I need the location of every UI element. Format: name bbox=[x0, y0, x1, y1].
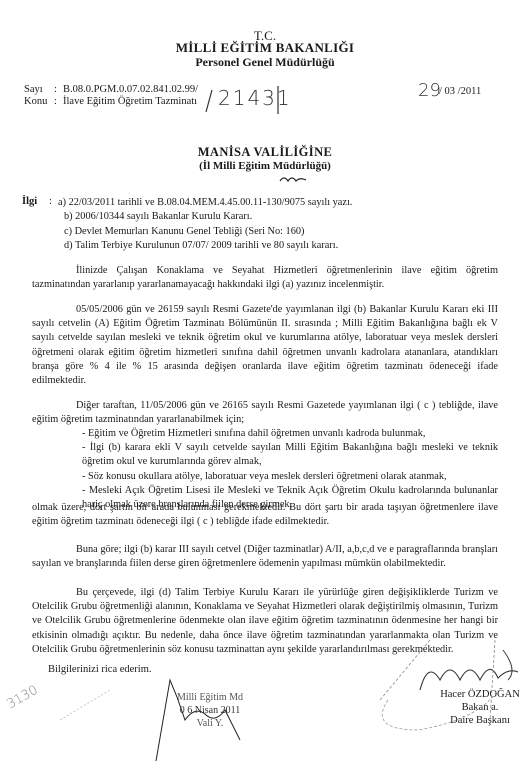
ilgi-item-d: d) Talim Terbiye Kurulunun 07/07/ 2009 t… bbox=[58, 239, 352, 253]
initials-mark bbox=[280, 178, 306, 181]
ilgi-colon: : bbox=[49, 196, 52, 207]
paragraph-6: Bu çerçevede, ilgi (d) Talim Terbiye Kur… bbox=[32, 586, 498, 657]
sayi-label: Sayı bbox=[24, 84, 43, 95]
header-ministry: MİLLİ EĞİTİM BAKANLIĞI bbox=[0, 40, 530, 56]
paragraph-4: olmak üzere, dört şartın bir arada bulun… bbox=[32, 501, 498, 529]
ilgi-item-c: c) Devlet Memurları Kanunu Genel Tebliği… bbox=[58, 225, 352, 239]
addressee-subtitle: (İl Milli Eğitim Müdürlüğü) bbox=[0, 160, 530, 172]
signatory-name: Hacer ÖZDOĞAN bbox=[430, 689, 530, 700]
konu-colon: : bbox=[54, 96, 57, 107]
paragraph-5: Buna göre; ilgi (b) karar III sayılı cet… bbox=[32, 543, 498, 571]
signature-scrawl bbox=[420, 669, 518, 690]
konu-value: İlave Eğitim Öğretim Tazminatı bbox=[63, 96, 197, 107]
ilgi-item-a: a) 22/03/2011 tarihli ve B.08.04.MEM.4.4… bbox=[58, 196, 352, 210]
condition-item: - Eğitim ve Öğretim Hizmetleri sınıfına … bbox=[32, 427, 498, 441]
konu-label: Konu bbox=[24, 96, 47, 107]
ilgi-item-b: b) 2006/10344 sayılı Bakanlar Kurulu Kar… bbox=[58, 210, 352, 224]
document-date: / 03 /2011 bbox=[439, 86, 481, 97]
stamp-line-1: Milli Eğitim Md bbox=[150, 692, 270, 703]
paragraph-1: İlinizde Çalışan Konaklama ve Seyahat Hi… bbox=[32, 264, 498, 292]
ilgi-label: İlgi bbox=[22, 196, 37, 207]
addressee-title: MANİSA VALİLİĞİNE bbox=[0, 145, 530, 160]
stamp-date: 0 6 Nisan 2011 bbox=[150, 705, 270, 716]
condition-item: - İlgi (b) karara ekli V sayılı cetvelde… bbox=[32, 441, 498, 469]
paragraph-3: Diğer taraftan, 11/05/2006 gün ve 26165 … bbox=[32, 399, 498, 427]
header-department: Personel Genel Müdürlüğü bbox=[0, 55, 530, 70]
signatory-title-2: Daire Başkanı bbox=[430, 715, 530, 726]
sayi-value: B.08.0.PGM.0.07.02.841.02.99/ bbox=[63, 84, 198, 95]
date-handwritten-day: 29 bbox=[418, 80, 441, 101]
closing-line: Bilgilerinizi rica ederim. bbox=[48, 664, 152, 675]
ilgi-list: a) 22/03/2011 tarihli ve B.08.04.MEM.4.4… bbox=[58, 196, 352, 253]
sayi-handwritten-number: 21431 bbox=[218, 86, 292, 110]
signatory-title-1: Bakan a. bbox=[430, 702, 530, 713]
paragraph-2: 05/05/2006 gün ve 26159 sayılı Resmi Gaz… bbox=[32, 303, 498, 388]
sayi-colon: : bbox=[54, 84, 57, 95]
margin-note: 3130 bbox=[4, 683, 40, 713]
conditions-list: - Eğitim ve Öğretim Hizmetleri sınıfına … bbox=[32, 427, 498, 512]
stamp-line-3: Vali Y. bbox=[150, 718, 270, 729]
condition-item: - Söz konusu okullara atölye, laboratuar… bbox=[32, 470, 498, 484]
